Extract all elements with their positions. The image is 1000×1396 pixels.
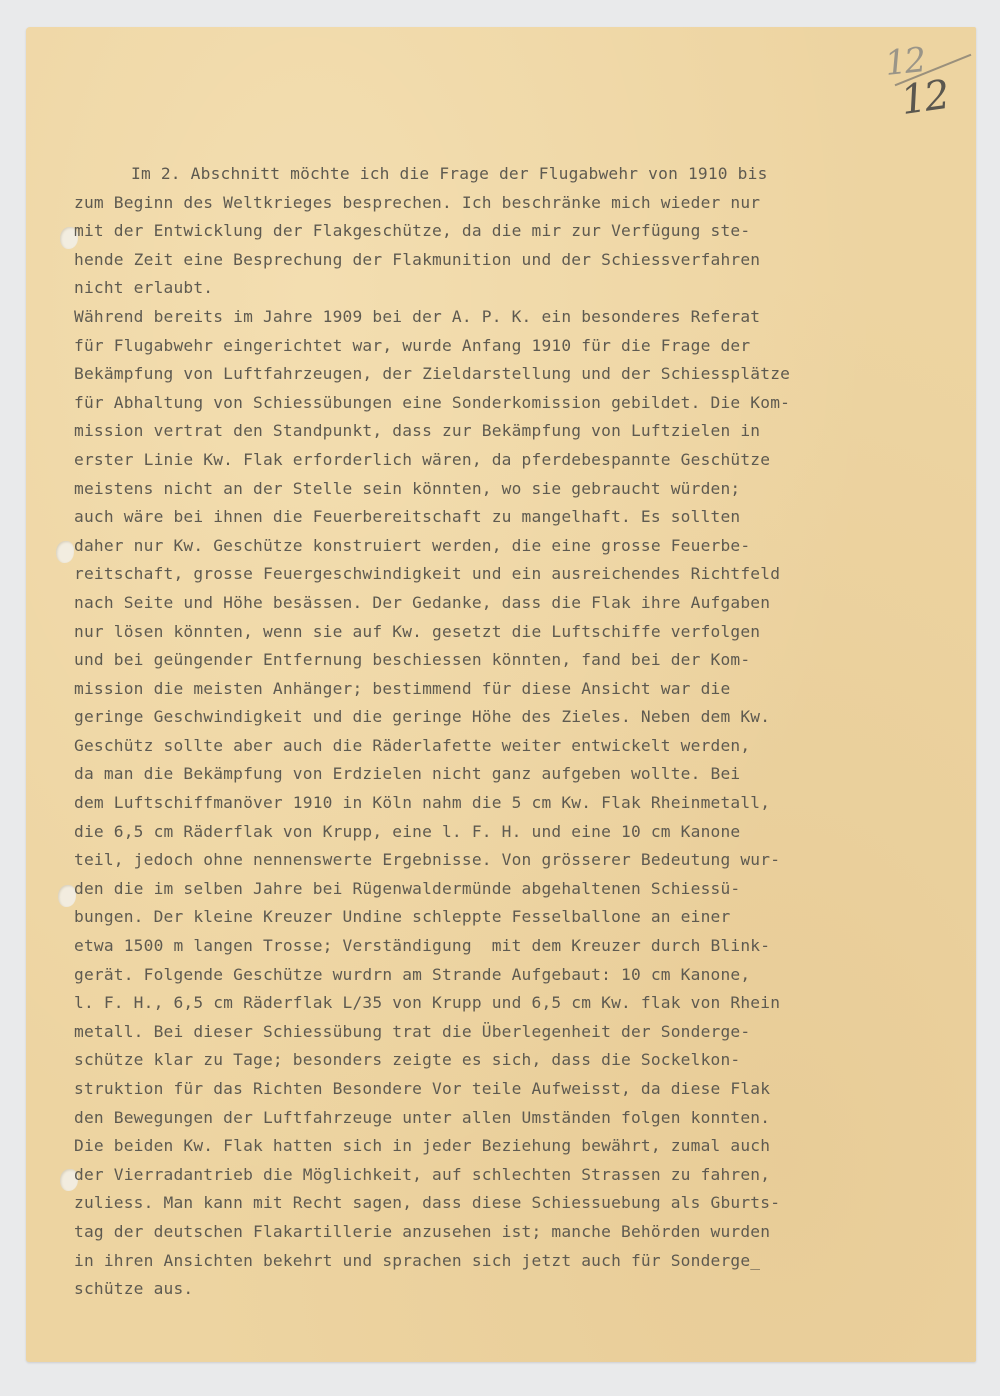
text-line: da man die Bekämpfung von Erdzielen nich… — [74, 760, 954, 789]
text-line: reitschaft, grosse Feuergeschwindigkeit … — [74, 560, 954, 589]
text-line: für Flugabwehr eingerichtet war, wurde A… — [74, 332, 954, 361]
typewritten-body: Im 2. Abschnitt möchte ich die Frage der… — [74, 160, 954, 1304]
text-line: metall. Bei dieser Schiessübung trat die… — [74, 1018, 954, 1047]
text-line: meistens nicht an der Stelle sein könnte… — [74, 475, 954, 504]
text-line: den Bewegungen der Luftfahrzeuge unter a… — [74, 1104, 954, 1133]
text-line: bungen. Der kleine Kreuzer Undine schlep… — [74, 903, 954, 932]
punch-hole-mark — [56, 541, 74, 563]
text-line: in ihren Ansichten bekehrt und sprachen … — [74, 1247, 954, 1276]
text-line: mit der Entwicklung der Flakgeschütze, d… — [74, 217, 954, 246]
text-line: der Vierradantrieb die Möglichkeit, auf … — [74, 1161, 954, 1190]
text-line: auch wäre bei ihnen die Feuerbereitschaf… — [74, 503, 954, 532]
text-line: Während bereits im Jahre 1909 bei der A.… — [74, 303, 954, 332]
text-line: nicht erlaubt. — [74, 274, 954, 303]
text-line: tag der deutschen Flakartillerie anzuseh… — [74, 1218, 954, 1247]
text-line: Geschütz sollte aber auch die Räderlafet… — [74, 732, 954, 761]
paragraph: Während bereits im Jahre 1909 bei der A.… — [74, 303, 954, 1304]
text-line: nach Seite und Höhe besässen. Der Gedank… — [74, 589, 954, 618]
text-line: für Abhaltung von Schiessübungen eine So… — [74, 389, 954, 418]
text-line: zuliess. Man kann mit Recht sagen, dass … — [74, 1189, 954, 1218]
text-line: l. F. H., 6,5 cm Räderflak L/35 von Krup… — [74, 989, 954, 1018]
text-line: schütze aus. — [74, 1275, 954, 1304]
text-line: etwa 1500 m langen Trosse; Verständigung… — [74, 932, 954, 961]
text-line: dem Luftschiffmanöver 1910 in Köln nahm … — [74, 789, 954, 818]
text-line: daher nur Kw. Geschütze konstruiert werd… — [74, 532, 954, 561]
text-line: schütze klar zu Tage; besonders zeigte e… — [74, 1046, 954, 1075]
paragraph: Im 2. Abschnitt möchte ich die Frage der… — [74, 160, 954, 303]
text-line: mission vertrat den Standpunkt, dass zur… — [74, 417, 954, 446]
text-line: mission die meisten Anhänger; bestimmend… — [74, 675, 954, 704]
text-line: geringe Geschwindigkeit und die geringe … — [74, 703, 954, 732]
text-line: nur lösen könnten, wenn sie auf Kw. gese… — [74, 618, 954, 647]
text-line: die 6,5 cm Räderflak von Krupp, eine l. … — [74, 818, 954, 847]
text-line: zum Beginn des Weltkrieges besprechen. I… — [74, 189, 954, 218]
text-line: Im 2. Abschnitt möchte ich die Frage der… — [74, 160, 954, 189]
text-line: den die im selben Jahre bei Rügenwalderm… — [74, 875, 954, 904]
text-line: struktion für das Richten Besondere Vor … — [74, 1075, 954, 1104]
text-line: hende Zeit eine Besprechung der Flakmuni… — [74, 246, 954, 275]
text-line: Bekämpfung von Luftfahrzeugen, der Zield… — [74, 360, 954, 389]
text-line: teil, jedoch ohne nennenswerte Ergebniss… — [74, 846, 954, 875]
text-line: Die beiden Kw. Flak hatten sich in jeder… — [74, 1132, 954, 1161]
text-line: erster Linie Kw. Flak erforderlich wären… — [74, 446, 954, 475]
text-line: gerät. Folgende Geschütze wurdrn am Stra… — [74, 961, 954, 990]
document-page: 12 12 Im 2. Abschnitt möchte ich die Fra… — [26, 27, 976, 1362]
text-line: und bei geüngender Entfernung beschiesse… — [74, 646, 954, 675]
